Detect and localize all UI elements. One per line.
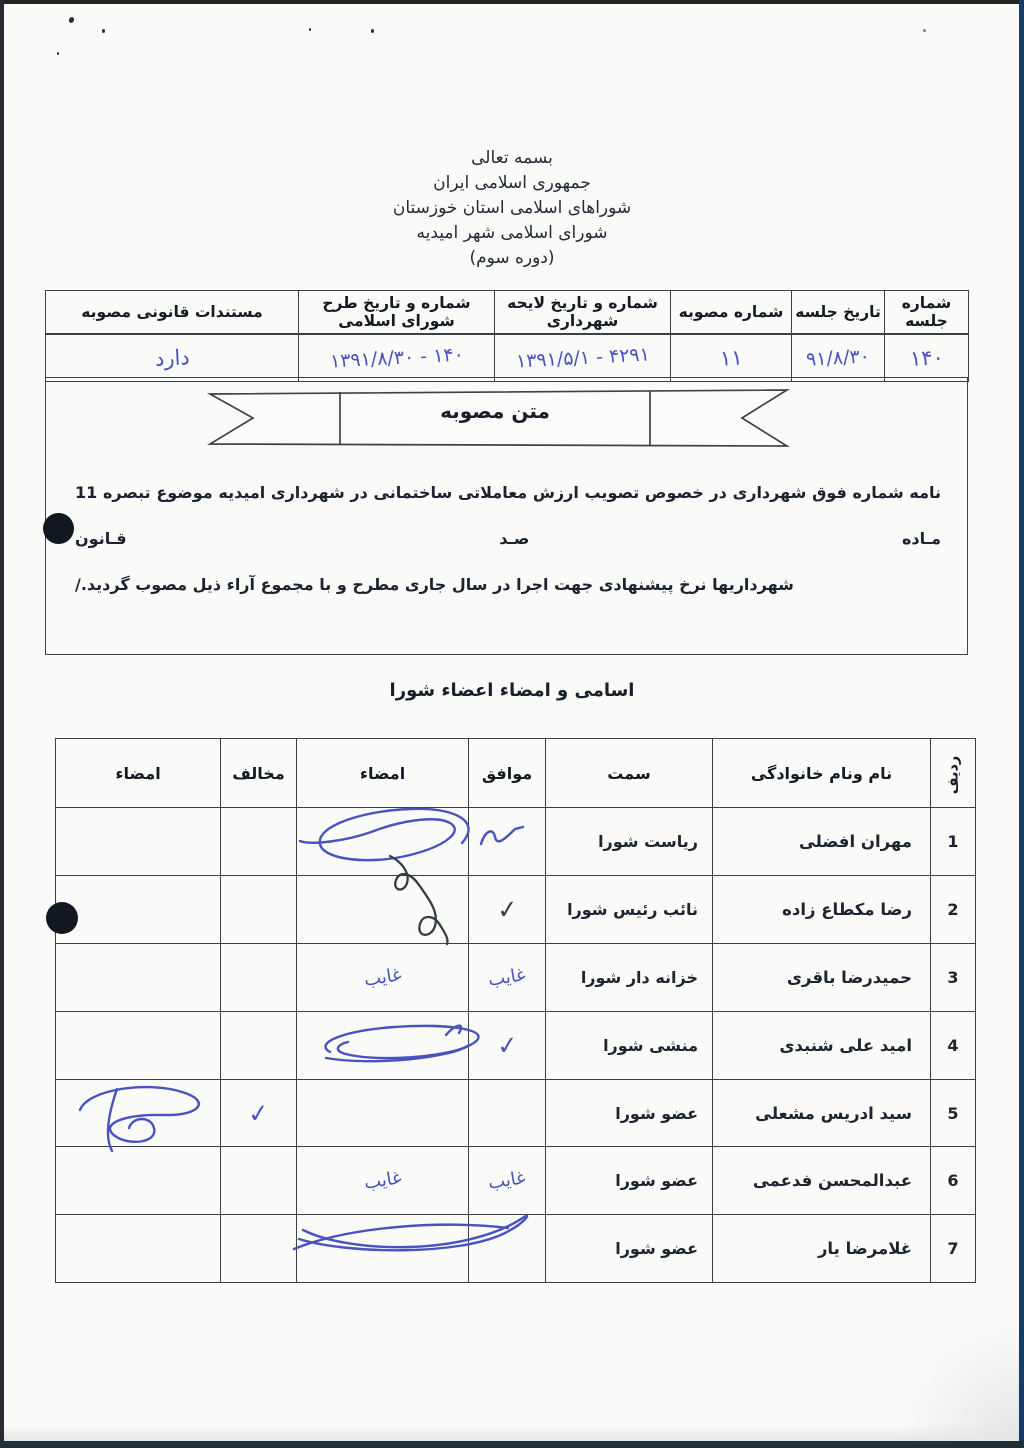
signature-agree-cell: غایب: [297, 943, 469, 1011]
value-resolution-number: ۱۱: [671, 334, 792, 382]
member-row: 7 غلامرضا یار عضو شورا: [56, 1215, 976, 1283]
value-council-plan-number-date: ۱۳۹۱/۸/۳۰ - ۱۴۰: [299, 334, 495, 382]
letterhead-line-term: (دوره سوم): [0, 246, 1024, 271]
header-resolution-number: شماره مصوبه: [671, 291, 792, 335]
value-bill-number-date: ۱۳۹۱/۵/۱ - ۴۲۹۱: [495, 334, 671, 382]
oppose-cell: [221, 1215, 297, 1283]
signature-agree-cell: [297, 1011, 469, 1079]
oppose-cell: [221, 1011, 297, 1079]
member-position: نائب رئیس شورا: [546, 875, 713, 943]
header-legal-documentation: مستندات قانونی مصوبه: [46, 291, 299, 335]
agree-cell: [469, 1079, 546, 1147]
signature-oppose-cell: [56, 1011, 221, 1079]
member-number: 7: [931, 1215, 976, 1283]
info-value-row: ۱۴۰ ۹۱/۸/۳۰ ۱۱ ۱۳۹۱/۵/۱ - ۴۲۹۱ ۱۳۹۱/۸/۳۰…: [46, 334, 969, 382]
ink-speck: [68, 16, 75, 24]
signature-oppose-cell: [56, 943, 221, 1011]
header-session-number: شماره جلسه: [885, 291, 969, 335]
ink-speck: [371, 29, 374, 33]
scanned-resolution-document: بسمه تعالی جمهوری اسلامی ایران شوراهای ا…: [0, 0, 1024, 1448]
agree-check-mark: ✓: [495, 1030, 519, 1061]
member-position: عضو شورا: [546, 1079, 713, 1147]
ink-speck: [923, 29, 926, 32]
member-row: 5 سید ادریس مشعلی عضو شورا ✓: [56, 1079, 976, 1147]
header-position: سمت: [546, 739, 713, 808]
member-number: 5: [931, 1079, 976, 1147]
scan-edge-right: [1019, 0, 1024, 1448]
letterhead-line-city-council: شورای اسلامی شهر امیدیه: [0, 221, 1024, 246]
oppose-cell: [221, 943, 297, 1011]
header-full-name: نام ونام خانوادگی: [713, 739, 931, 808]
member-number: 1: [931, 808, 976, 876]
header-agree: موافق: [469, 739, 546, 808]
signature-oppose-cell: [56, 875, 221, 943]
agree-cell: [469, 808, 546, 876]
member-position: منشی شورا: [546, 1011, 713, 1079]
scan-shadow-bottom: [0, 1425, 1024, 1441]
oppose-cell: [221, 1147, 297, 1215]
letterhead-line-basmala: بسمه تعالی: [0, 146, 1024, 171]
header-council-plan-number-date: شماره و تاریخ طرح شورای اسلامی: [299, 291, 495, 335]
scan-edge-left: [0, 0, 4, 1448]
header-signature-agree: امضاء: [297, 739, 469, 808]
session-info-table: شماره جلسه تاریخ جلسه شماره مصوبه شماره …: [45, 290, 969, 382]
header-row-number: ردیف: [931, 739, 976, 808]
oppose-cell: [221, 875, 297, 943]
scan-shadow-corner: [899, 1321, 1019, 1441]
ink-speck: [309, 28, 311, 31]
absent-note: غایب: [487, 964, 527, 991]
signature-oppose-cell: [56, 1215, 221, 1283]
absent-note: غایب: [362, 1168, 402, 1195]
info-header-row: شماره جلسه تاریخ جلسه شماره مصوبه شماره …: [46, 291, 969, 335]
member-number: 6: [931, 1147, 976, 1215]
member-number: 3: [931, 943, 976, 1011]
member-number: 2: [931, 875, 976, 943]
resolution-text-line1: نامه شماره فوق شهرداری در خصوص تصویب ارز…: [75, 470, 941, 562]
signature-agree-cell: [297, 1215, 469, 1283]
ink-speck: [57, 52, 59, 55]
absent-note: غایب: [362, 964, 402, 991]
members-signatures-table: ردیف نام ونام خانوادگی سمت موافق امضاء م…: [55, 738, 976, 1283]
absent-note: غایب: [487, 1168, 527, 1195]
oppose-cell: ✓: [221, 1079, 297, 1147]
header-session-date: تاریخ جلسه: [792, 291, 885, 335]
ink-speck: [102, 29, 105, 33]
members-section-title: اسامی و امضاء اعضاء شورا: [0, 680, 1024, 701]
member-row: 4 امید علی شنبدی منشی شورا ✓: [56, 1011, 976, 1079]
member-row: 1 مهران افضلی ریاست شورا: [56, 808, 976, 876]
value-legal-documentation: دارد: [46, 334, 299, 382]
letterhead: بسمه تعالی جمهوری اسلامی ایران شوراهای ا…: [0, 146, 1024, 271]
header-oppose: مخالف: [221, 739, 297, 808]
agree-cell: ✓: [469, 1011, 546, 1079]
resolution-text-title: متن مصوبه: [340, 399, 650, 423]
member-row: 2 رضا مکطاع زاده نائب رئیس شورا ✓: [56, 875, 976, 943]
signature-agree-cell: غایب: [297, 1147, 469, 1215]
resolution-text: نامه شماره فوق شهرداری در خصوص تصویب ارز…: [75, 470, 941, 608]
members-header-row: ردیف نام ونام خانوادگی سمت موافق امضاء م…: [56, 739, 976, 808]
header-signature-oppose: امضاء: [56, 739, 221, 808]
member-number: 4: [931, 1011, 976, 1079]
member-name: سید ادریس مشعلی: [713, 1079, 931, 1147]
value-session-date: ۹۱/۸/۳۰: [792, 334, 885, 382]
signature-oppose-cell: [56, 1079, 221, 1147]
signature-agree-cell: [297, 875, 469, 943]
member-name: رضا مکطاع زاده: [713, 875, 931, 943]
agree-cell: غایب: [469, 1147, 546, 1215]
scan-edge-top: [0, 0, 1024, 4]
member-position: خزانه دار شورا: [546, 943, 713, 1011]
letterhead-line-republic: جمهوری اسلامی ایران: [0, 171, 1024, 196]
agree-cell: غایب: [469, 943, 546, 1011]
member-row: 6 عبدالمحسن فدعمی عضو شورا غایب غایب: [56, 1147, 976, 1215]
header-bill-number-date: شماره و تاریخ لایحه شهرداری: [495, 291, 671, 335]
signature-agree-cell: [297, 1079, 469, 1147]
member-name: عبدالمحسن فدعمی: [713, 1147, 931, 1215]
member-position: عضو شورا: [546, 1147, 713, 1215]
oppose-check-mark: ✓: [247, 1097, 271, 1128]
value-session-number: ۱۴۰: [885, 334, 969, 382]
member-position: ریاست شورا: [546, 808, 713, 876]
member-name: مهران افضلی: [713, 808, 931, 876]
signature-oppose-cell: [56, 1147, 221, 1215]
hole-punch-bottom: [46, 902, 78, 934]
member-position: عضو شورا: [546, 1215, 713, 1283]
letterhead-line-province-councils: شوراهای اسلامی استان خوزستان: [0, 196, 1024, 221]
member-name: حمیدرضا باقری: [713, 943, 931, 1011]
member-name: غلامرضا یار: [713, 1215, 931, 1283]
agree-cell: ✓: [469, 875, 546, 943]
member-name: امید علی شنبدی: [713, 1011, 931, 1079]
agree-check-mark: ✓: [495, 894, 519, 925]
hole-punch-top: [43, 513, 74, 544]
agree-cell: [469, 1215, 546, 1283]
scan-edge-bottom: [0, 1441, 1024, 1448]
signature-agree-cell: [297, 808, 469, 876]
oppose-cell: [221, 808, 297, 876]
member-row: 3 حمیدرضا باقری خزانه دار شورا غایب غایب: [56, 943, 976, 1011]
signature-oppose-cell: [56, 808, 221, 876]
resolution-text-line2: شهرداریها نرخ پیشنهادی جهت اجرا در سال ج…: [75, 562, 941, 608]
